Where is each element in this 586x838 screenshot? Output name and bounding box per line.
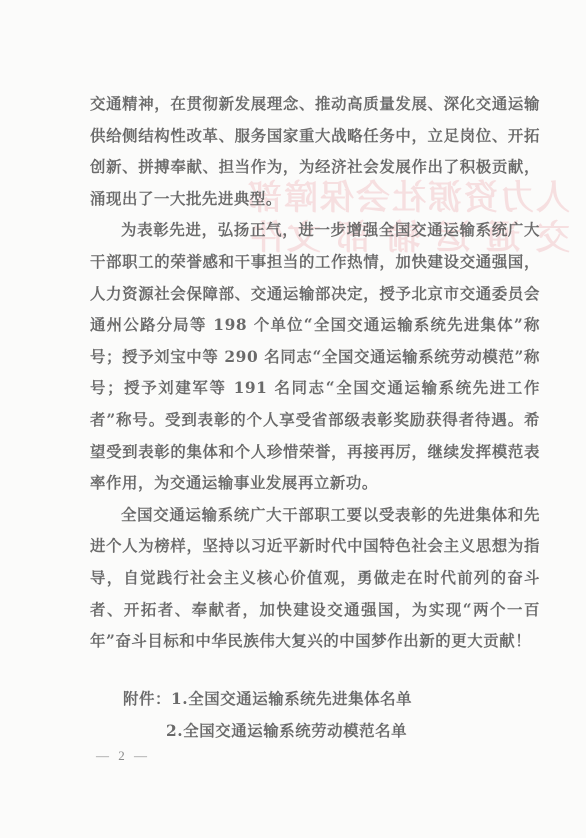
page-number: — 2 — [96, 748, 150, 764]
paragraph-award-decision: 为表彰先进，弘扬正气，进一步增强全国交通运输系统广大干部职工的荣誉感和干事担当的… [90, 215, 540, 499]
document-page: 人力资源社会保障部 交 通 运 输 部 文件 交通精神，在贯彻新发展理念、推动高… [0, 0, 586, 838]
attachments-list: 附件：1.全国交通运输系统先进集体名单 2.全国交通运输系统劳动模范名单 [123, 683, 412, 747]
paragraph-continued: 交通精神，在贯彻新发展理念、推动高质量发展、深化交通运输供给侧结构性改革、服务国… [90, 89, 540, 215]
attachment-title: 1.全国交通运输系统先进集体名单 [171, 690, 412, 708]
document-body: 交通精神，在贯彻新发展理念、推动高质量发展、深化交通运输供给侧结构性改革、服务国… [90, 89, 540, 658]
attachment-item: 2.全国交通运输系统劳动模范名单 [123, 715, 412, 747]
attachments-label: 附件： [123, 690, 171, 708]
attachment-title: 2.全国交通运输系统劳动模范名单 [166, 722, 407, 740]
attachment-item: 附件：1.全国交通运输系统先进集体名单 [123, 683, 412, 715]
paragraph-call-to-action: 全国交通运输系统广大干部职工要以受表彰的先进集体和先进个人为榜样，坚持以习近平新… [90, 500, 540, 658]
